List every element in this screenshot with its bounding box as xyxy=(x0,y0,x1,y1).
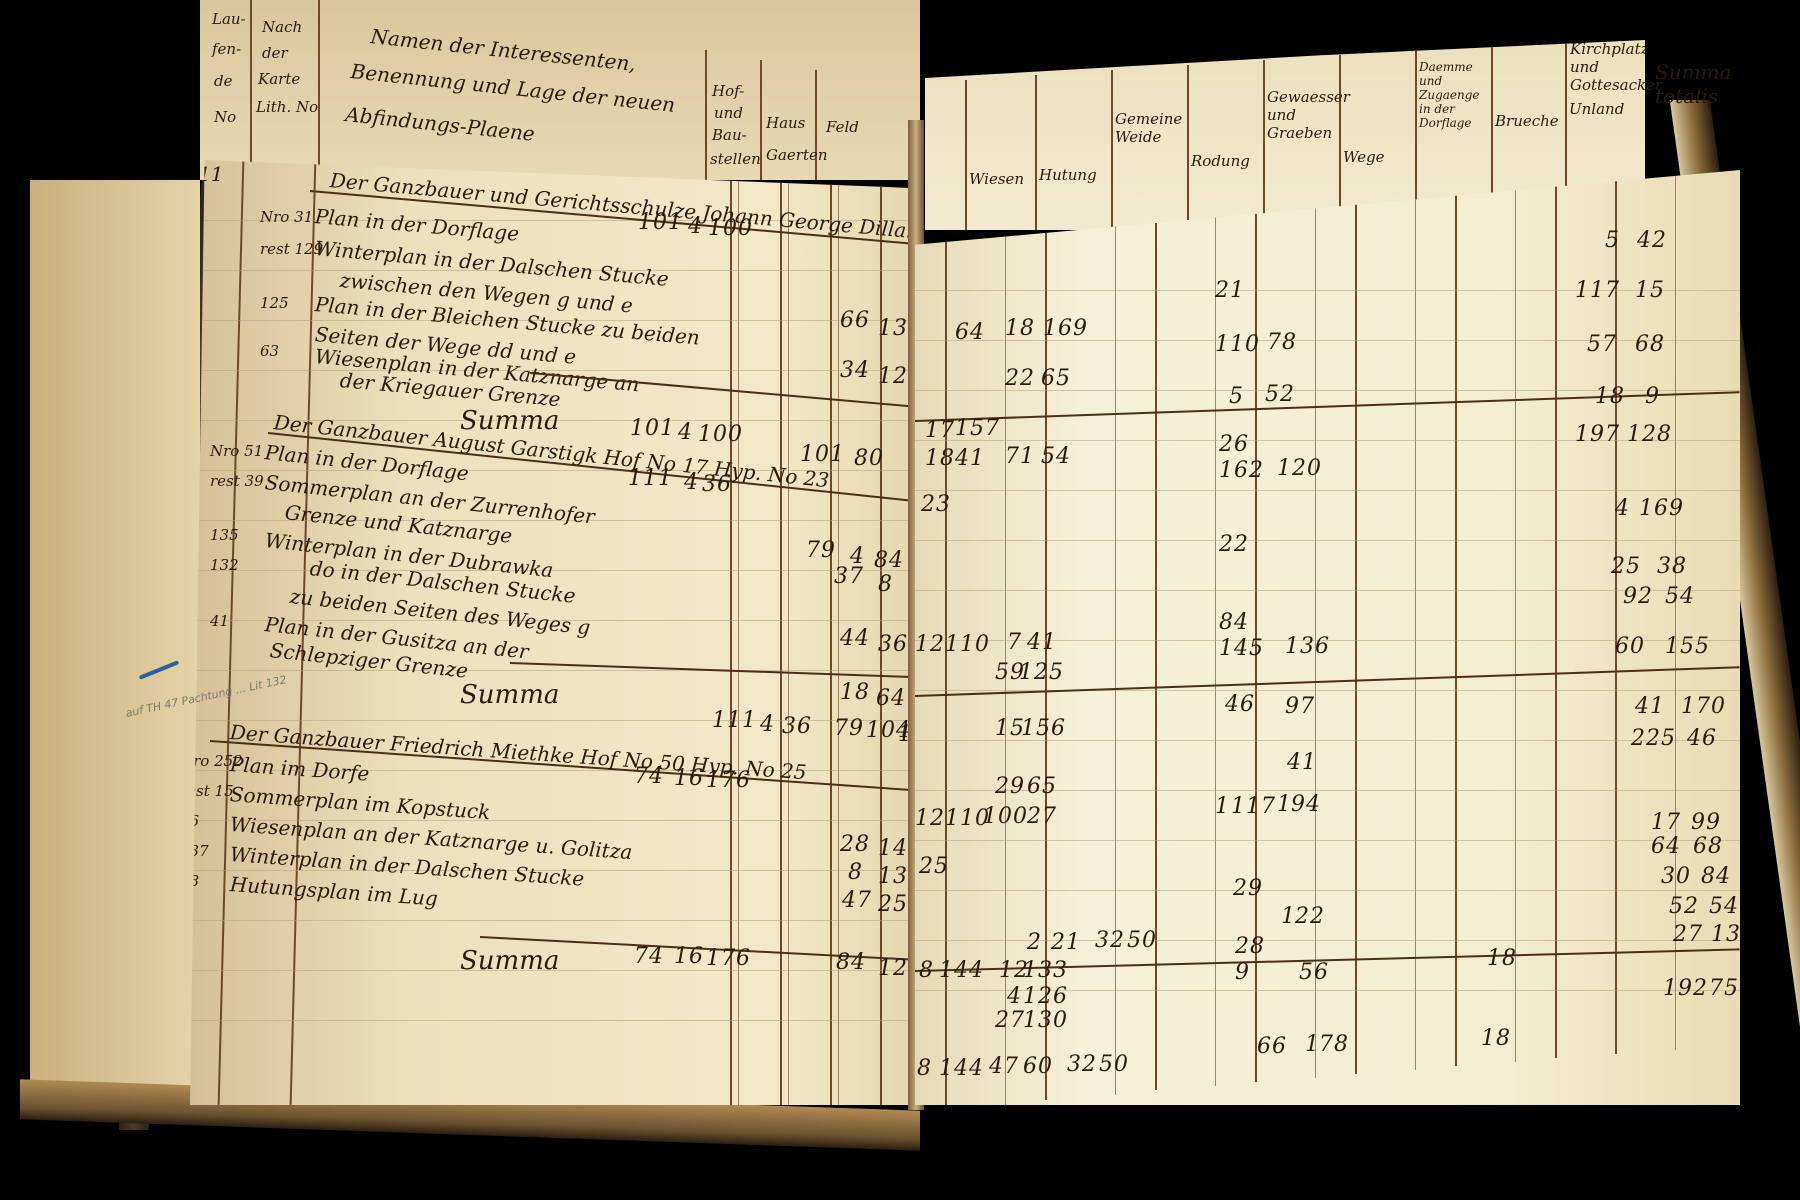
value: 100 xyxy=(698,422,743,447)
entry-ref: 41 xyxy=(210,612,229,630)
header-karte-2: der xyxy=(262,44,288,62)
value: 28 xyxy=(1235,934,1265,959)
total-b: 155 xyxy=(1665,634,1710,659)
value: 1 xyxy=(1305,1032,1320,1057)
total-a: 57 xyxy=(1587,332,1617,357)
value: 8 xyxy=(917,1056,932,1081)
value: 156 xyxy=(1021,716,1066,741)
entry-ref: rest 15 xyxy=(190,782,234,800)
value: 4 xyxy=(684,470,699,495)
left-ledger-page: 11 Der Ganzbauer und Gerichtsschulze Joh… xyxy=(190,160,920,1105)
total-a: 225 xyxy=(1631,726,1676,751)
value: 4 xyxy=(760,712,775,737)
value: 79 xyxy=(834,716,864,741)
value: 126 xyxy=(1023,984,1068,1009)
value: 41 xyxy=(1027,630,1057,655)
value: 144 xyxy=(939,1056,984,1081)
value: 36 xyxy=(702,472,732,497)
value: 12 xyxy=(915,632,945,657)
header-col: Hutung xyxy=(1039,166,1097,184)
left-page-edge xyxy=(30,180,200,1110)
value: 17 xyxy=(925,418,955,443)
value: 29 xyxy=(1233,876,1263,901)
total-b: 68 xyxy=(1693,834,1723,859)
value: 25 xyxy=(919,854,949,879)
total-a: 117 xyxy=(1575,278,1620,303)
value: 111 xyxy=(712,708,757,733)
value: 162 xyxy=(1219,458,1264,483)
value: 66 xyxy=(1257,1034,1287,1059)
total-b: 9 xyxy=(1645,384,1660,409)
total-b: 128 xyxy=(1627,422,1672,447)
value: 46 xyxy=(1225,692,1255,717)
value: 78 xyxy=(1319,1032,1349,1057)
value: 145 xyxy=(1219,636,1264,661)
value: 47 xyxy=(842,888,872,913)
total-a: 197 xyxy=(1575,422,1620,447)
value: 8 xyxy=(848,860,863,885)
value: 56 xyxy=(1299,960,1329,985)
header-lfd-3: de xyxy=(214,72,232,90)
total-b: 42 xyxy=(1637,228,1667,253)
value: 101 xyxy=(800,442,845,467)
header-col: Gemeine Weide xyxy=(1115,110,1185,146)
header-col: Kirchplatz und Gottesacker xyxy=(1570,40,1640,94)
value: 21 xyxy=(1051,930,1081,955)
value: 65 xyxy=(1041,366,1071,391)
value: 64 xyxy=(955,320,985,345)
value: 74 xyxy=(634,944,664,969)
value: 32 xyxy=(1067,1052,1097,1077)
value: 80 xyxy=(854,446,884,471)
value: 84 xyxy=(874,548,904,573)
value: 4 xyxy=(688,214,703,239)
total-b: 130 xyxy=(1711,922,1740,947)
header-col-summa: Summa totalis xyxy=(1655,60,1735,108)
value: 27 xyxy=(995,1008,1025,1033)
value: 136 xyxy=(1285,634,1330,659)
value: 36 xyxy=(878,632,908,657)
header-names-3: Abfindungs-Plaene xyxy=(344,102,536,146)
value: 1 xyxy=(1281,904,1296,929)
header-col: Wiesen xyxy=(969,170,1024,188)
total-a: 27 xyxy=(1673,922,1703,947)
value: 23 xyxy=(921,492,951,517)
value: 84 xyxy=(836,950,866,975)
value: 117 xyxy=(1231,794,1276,819)
total-a: 60 xyxy=(1615,634,1645,659)
entry-ref: rest 39 xyxy=(210,472,264,490)
value: 1 xyxy=(1277,792,1292,817)
value: 8 xyxy=(878,572,893,597)
open-ledger-book: Lau- fen- de No Nach der Karte Lith. No … xyxy=(0,0,1800,1200)
right-ledger-page: 21 64 18 169 110 78 22 65 5 52 17 157 26… xyxy=(915,170,1740,1105)
header-hof-3: Bau- xyxy=(712,126,747,144)
value: 18 xyxy=(1481,1026,1511,1051)
header-col: Daemme und Zugaenge in der Dorflage xyxy=(1419,60,1489,130)
value: 100 xyxy=(983,804,1028,829)
header-karte-3: Karte xyxy=(258,70,300,88)
value: 44 xyxy=(840,626,870,651)
total-a: 192 xyxy=(1663,976,1708,1001)
header-col: Brueche xyxy=(1495,112,1559,130)
total-b: 99 xyxy=(1691,810,1721,835)
value: 50 xyxy=(1099,1052,1129,1077)
total-b: 46 xyxy=(1687,726,1717,751)
value: 101 xyxy=(630,416,675,441)
total-a: 17 xyxy=(1651,810,1681,835)
summa-label: Summa xyxy=(460,680,559,710)
value: 34 xyxy=(840,358,870,383)
total-a: 18 xyxy=(1595,384,1625,409)
total-a: 92 xyxy=(1623,584,1653,609)
value: 144 xyxy=(939,958,984,983)
header-feld: Feld xyxy=(826,118,859,136)
total-b: 15 xyxy=(1635,278,1665,303)
value: 18 xyxy=(1487,946,1517,971)
value: 84 xyxy=(1219,610,1249,635)
value: 157 xyxy=(955,416,1000,441)
value: 9 xyxy=(1235,960,1250,985)
total-b: 84 xyxy=(1701,864,1731,889)
header-hof-1: Hof- xyxy=(712,82,744,100)
value: 100 xyxy=(708,216,753,241)
value: 78 xyxy=(1267,330,1297,355)
header-haus-2: Gaerten xyxy=(766,146,828,164)
total-b: 169 xyxy=(1639,496,1684,521)
value: 1 xyxy=(1215,794,1230,819)
value: 176 xyxy=(706,768,751,793)
entry-ref: 63 xyxy=(260,342,279,360)
value: 25 xyxy=(878,892,908,917)
value: 47 xyxy=(989,1054,1019,1079)
value: 22 xyxy=(1219,532,1249,557)
total-a: 30 xyxy=(1661,864,1691,889)
value: 32 xyxy=(1095,928,1125,953)
value: 101 xyxy=(638,210,683,235)
header-hof-4: stellen xyxy=(710,150,761,168)
value: 133 xyxy=(1023,958,1068,983)
header-col: Gewaesser und Graeben xyxy=(1267,88,1337,142)
value: 2 xyxy=(1027,930,1042,955)
header-karte-4: Lith. No xyxy=(256,98,318,116)
value: 4 xyxy=(1007,984,1022,1009)
value: 74 xyxy=(634,764,664,789)
entry-text: Plan im Dorfe xyxy=(229,752,370,786)
value: 64 xyxy=(876,686,906,711)
value: 130 xyxy=(1023,1008,1068,1033)
header-haus-1: Haus xyxy=(766,114,805,132)
total-a: 4 xyxy=(1615,496,1630,521)
header-karte-1: Nach xyxy=(262,18,302,36)
header-lfd-1: Lau- xyxy=(212,10,246,28)
value: 41 xyxy=(955,446,985,471)
entry-ref: Nro 31 xyxy=(260,208,313,226)
total-a: 41 xyxy=(1635,694,1665,719)
value: 111 xyxy=(628,466,673,491)
value: 52 xyxy=(1265,382,1295,407)
header-lfd-4: No xyxy=(214,108,236,126)
value: 5 xyxy=(1229,384,1244,409)
total-b: 68 xyxy=(1635,332,1665,357)
header-hof-2: und xyxy=(714,104,743,122)
value: 18 169 xyxy=(1005,316,1088,341)
summa-label: Summa xyxy=(460,946,559,976)
entry-ref: 135 xyxy=(210,526,239,544)
value: 16 xyxy=(674,944,704,969)
header-col: Rodung xyxy=(1191,152,1250,170)
photo-background: Lau- fen- de No Nach der Karte Lith. No … xyxy=(0,0,1800,1200)
value: 71 xyxy=(1005,444,1035,469)
header-col: Unland xyxy=(1569,100,1624,118)
value: 21 xyxy=(1215,278,1245,303)
total-a: 64 xyxy=(1651,834,1681,859)
value: 65 xyxy=(1027,774,1057,799)
value: 79 xyxy=(806,538,836,563)
total-b: 54 xyxy=(1665,584,1695,609)
value: 29 xyxy=(995,774,1025,799)
left-header-page: Lau- fen- de No Nach der Karte Lith. No … xyxy=(200,0,920,180)
value: 28 xyxy=(840,832,870,857)
total-b: 75 xyxy=(1709,976,1739,1001)
value: 97 xyxy=(1285,694,1315,719)
value: 41 xyxy=(1287,750,1317,775)
value: 54 xyxy=(1041,444,1071,469)
value: 18 xyxy=(840,680,870,705)
header-lfd-2: fen- xyxy=(212,40,241,58)
value: 110 xyxy=(1215,332,1260,357)
value: 26 xyxy=(1219,432,1249,457)
value: 7 xyxy=(1007,630,1022,655)
entry-ref: 132 xyxy=(210,556,239,574)
entry-ref: 125 xyxy=(260,294,289,312)
value: 37 xyxy=(834,564,864,589)
value: 8 xyxy=(919,958,934,983)
total-b: 170 xyxy=(1681,694,1726,719)
header-col: Wege xyxy=(1343,148,1385,166)
value: 50 xyxy=(1127,928,1157,953)
value: 36 xyxy=(782,714,812,739)
value: 94 xyxy=(1291,792,1321,817)
total-b: 54 xyxy=(1709,894,1739,919)
value: 110 xyxy=(945,632,990,657)
entry-ref: Nro 51 xyxy=(210,442,263,460)
value: 16 xyxy=(674,766,704,791)
value: 4 xyxy=(678,420,693,445)
value: 27 xyxy=(1027,804,1057,829)
total-a: 25 xyxy=(1611,554,1641,579)
value: 176 xyxy=(706,946,751,971)
value: 22 xyxy=(1005,366,1035,391)
value: 120 xyxy=(1277,456,1322,481)
value: 12 xyxy=(915,806,945,831)
total-b: 38 xyxy=(1657,554,1687,579)
value: 22 xyxy=(1295,904,1325,929)
value: 18 xyxy=(925,446,955,471)
total-a: 52 xyxy=(1669,894,1699,919)
value: 60 xyxy=(1023,1054,1053,1079)
total-a: 5 xyxy=(1605,228,1620,253)
value: 66 xyxy=(840,308,870,333)
value: 125 xyxy=(1019,660,1064,685)
